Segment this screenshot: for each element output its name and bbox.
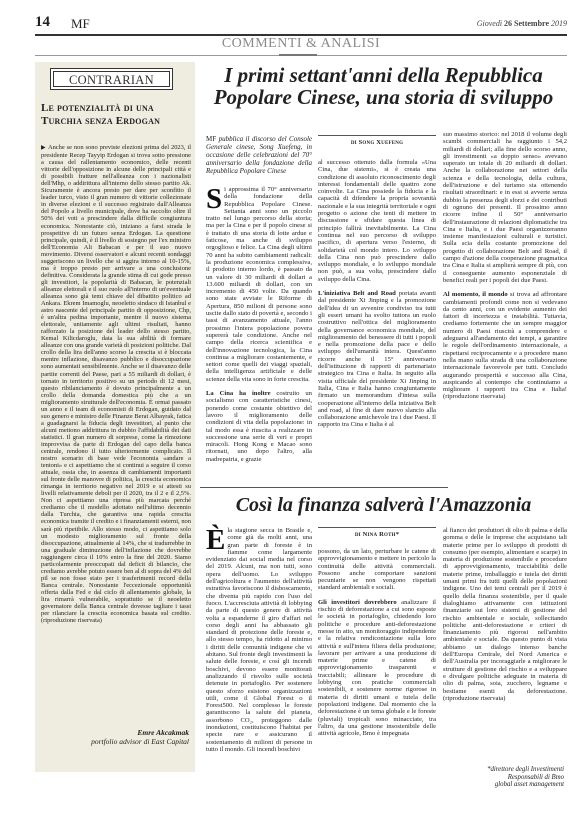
article1-paragraph: al successo ottenuto dalla formula «Una … [318, 159, 436, 283]
contrarian-sidebar: CONTRARIAN Le potenzialità di una Turchi… [35, 62, 195, 772]
contrarian-label: CONTRARIAN [53, 71, 170, 87]
article1-paragraph: costruito un socialismo con caratteristi… [206, 390, 312, 463]
article2-column-3: al fianco dei produttori di olio di palm… [443, 527, 567, 702]
article1-intro: MF pubblica il discorso del Console Gene… [206, 135, 312, 175]
bullet-arrow-icon: ▶ [41, 145, 46, 151]
article1-headline: I primi settant'anni della Repubblica Po… [200, 64, 567, 108]
newspaper-brand: MF [71, 16, 90, 32]
date-daymonth: 26 Settembre [504, 19, 549, 28]
article1-column-1: Si approssima il 70° anniversario della … [206, 186, 312, 463]
article1-byline: di Song Xuefeng [318, 135, 436, 149]
section-title: COMMENTI & ANALISI [35, 36, 567, 56]
sidebar-body-text: Anche se non sono previste elezioni prim… [41, 144, 191, 624]
article1-intro-text: pubblica il discorso del Console General… [206, 135, 312, 175]
article2-author-note-line: global asset management [444, 781, 564, 789]
article2-author-note-line: Responsabili di Bmo [444, 774, 564, 782]
article2-paragraph-lead: Gli investitori dovrebbero [318, 599, 397, 606]
sidebar-body: ▶Anche se non sono previste elezioni pri… [41, 144, 191, 624]
article1-paragraph: suo massimo storico: nel 2018 il volume … [443, 131, 567, 284]
article2-column-2: possono, da un lato, perturbare le caten… [318, 548, 436, 737]
page-number: 14 [35, 14, 50, 31]
article-separator [200, 487, 448, 488]
article2-dropcap: È [206, 528, 225, 552]
page-header: 14 MF Giovedì 26 Settembre 2019 [35, 14, 567, 34]
article2-author-note: *direttore degli Investimenti Responsabi… [444, 766, 564, 789]
article1-paragraph-lead: Al momento, il mondo [443, 291, 508, 298]
date-year: 2019 [551, 19, 567, 28]
article1-column-2: al successo ottenuto dalla formula «Una … [318, 159, 436, 429]
section-accent-rule [279, 54, 317, 56]
article2-headline: Così la finanza salverà l'Amazzonia [200, 494, 567, 516]
article1-paragraph: si trova ad affrontare cambiamenti profo… [443, 291, 567, 400]
issue-date: Giovedì 26 Settembre 2019 [477, 19, 567, 28]
article2-paragraph: la stagione secca in Brasile e, come già… [206, 527, 312, 753]
article1-paragraph: portata avanti dal presidente Xi Jinping… [318, 290, 436, 428]
contrarian-label-box: CONTRARIAN [50, 68, 173, 90]
date-weekday: Giovedì [477, 19, 502, 28]
article2-paragraph: analizzare il rischio di deforestazione … [318, 599, 436, 737]
sidebar-signature: Emre Akcakmak portfolio advisor di East … [91, 729, 189, 746]
article1-headline-line1: I primi settant'anni della Repubblica [224, 63, 543, 87]
article2-author-note-line: *direttore degli Investimenti [444, 766, 564, 774]
article1-dropcap: S [206, 187, 222, 211]
sidebar-author: Emre Akcakmak [137, 728, 189, 737]
sidebar-headline: Le potenzialità di una Turchia senza Erd… [41, 102, 191, 127]
article1-intro-brand: MF [206, 135, 216, 143]
article2-byline: di Nina Roth* [318, 527, 436, 541]
article2-paragraph: possono, da un lato, perturbare le caten… [318, 548, 436, 591]
article1-paragraph-lead: La Cina ha inoltre [206, 390, 271, 397]
article1-headline-line2: Popolare Cinese, una storia di sviluppo [214, 85, 554, 109]
article2-paragraph: al fianco dei produttori di olio di palm… [443, 527, 567, 702]
sidebar-author-role: portfolio advisor di East Capital [91, 738, 189, 747]
article1-paragraph-lead: L'iniziativa Belt and Road [318, 290, 396, 297]
article1-column-3: suo massimo storico: nel 2018 il volume … [443, 131, 567, 401]
article1-paragraph: i approssima il 70° anniversario della f… [206, 186, 312, 383]
article2-column-1: Èla stagione secca in Brasile e, come gi… [206, 527, 312, 753]
